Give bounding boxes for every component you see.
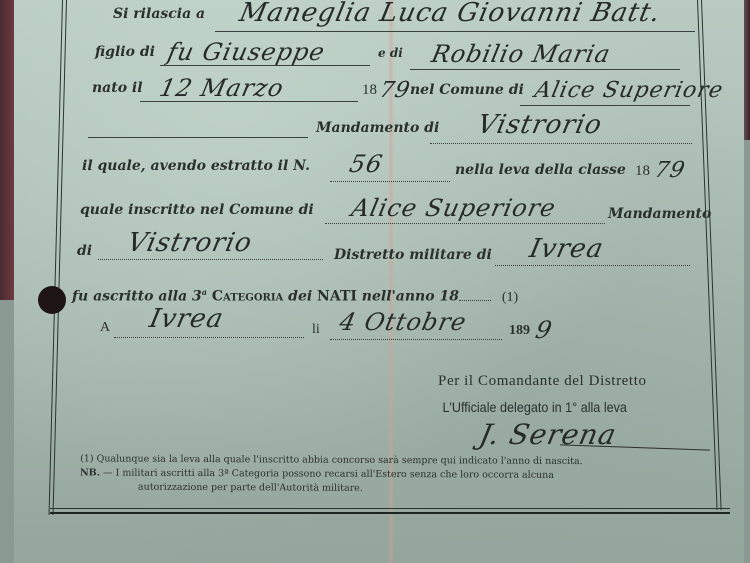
- madre-rule: [410, 68, 680, 70]
- mandamento-value: Vistrorio: [475, 110, 605, 140]
- ascritto-line: fu ascritto alla 3a Categoria dei NATI n…: [72, 287, 518, 306]
- data-value: 4 Ottobre: [337, 308, 469, 336]
- ascritto-sup: a: [202, 287, 207, 297]
- inscritto-label: quale inscritto nel Comune di: [80, 202, 314, 218]
- classe-prefix: 18: [635, 163, 650, 180]
- nb-text-1: — I militari ascritti alla 3ª Categoria …: [103, 467, 554, 480]
- anno-suffix: 79: [377, 78, 412, 103]
- ascritto-dei: dei: [288, 289, 312, 305]
- signature-line-2: L'Ufficiale delegato in 1° alla leva: [438, 394, 627, 420]
- madre-value: Robilio Maria: [429, 40, 613, 68]
- data-anno-prefix: 189: [509, 323, 530, 339]
- figlio-label: figlio di: [95, 44, 155, 60]
- ascritto-anno-dots: [459, 299, 491, 301]
- signature-block: Per il Comandante del Distretto L'Uffici…: [438, 368, 648, 420]
- mandamento-label: Mandamento di: [316, 120, 439, 136]
- inscritto-rule: [325, 222, 605, 224]
- nato-label: nato il: [92, 80, 143, 96]
- li-label: li: [312, 322, 320, 338]
- comune-value: Alice Superiore: [532, 78, 725, 103]
- mandamento-blank-rule: [88, 136, 308, 138]
- nb-label: NB.: [80, 467, 100, 478]
- luogo-value: Ivrea: [147, 304, 227, 334]
- data-rule: [330, 338, 502, 340]
- ascritto-text: fu ascritto alla 3: [72, 289, 202, 305]
- ascritto-nati: NATI: [317, 289, 357, 305]
- rilascia-rule: [215, 30, 695, 32]
- rilascia-label: Si rilascia a: [113, 6, 205, 22]
- ascritto-categoria: Categoria: [212, 289, 283, 305]
- di-label: di: [77, 243, 92, 259]
- luogo-rule: [114, 336, 304, 338]
- estratto-rule: [330, 180, 450, 182]
- distretto-value: Ivrea: [527, 234, 607, 264]
- leva-label: nella leva della classe: [455, 162, 626, 178]
- inscritto-value: Alice Superiore: [349, 194, 559, 222]
- luogo-label: A: [100, 320, 110, 336]
- nato-value: 12 Marzo: [157, 74, 287, 102]
- classe-suffix: 79: [652, 158, 687, 183]
- rilascia-value: Maneglia Luca Giovanni Batt.: [237, 0, 664, 28]
- padre-value: fu Giuseppe: [165, 38, 328, 66]
- anno-prefix: 18: [362, 82, 377, 99]
- ascritto-note-ref: (1): [502, 290, 518, 305]
- estratto-value: 56: [347, 150, 385, 178]
- mandamento-rule: [430, 142, 692, 144]
- punch-hole: [38, 286, 66, 314]
- mandamento2-value: Vistrorio: [125, 228, 255, 258]
- estratto-label: il quale, avendo estratto il N.: [82, 158, 310, 174]
- comune-rule: [520, 104, 690, 106]
- e-di-label: e di: [378, 46, 403, 60]
- mandamento2-label: Mandamento: [608, 206, 711, 222]
- distretto-label: Distretto militare di: [334, 247, 492, 263]
- comune-label: nel Comune di: [410, 82, 524, 98]
- mandamento2-rule: [98, 258, 323, 260]
- ascritto-anno: nell'anno 18: [362, 289, 459, 305]
- distretto-rule: [495, 264, 690, 266]
- signature-line-1: Per il Comandante del Distretto: [438, 368, 648, 394]
- frame-border-bottom: [50, 508, 730, 514]
- footnotes: (1) Qualunque sia la leva alla quale l'i…: [80, 452, 700, 497]
